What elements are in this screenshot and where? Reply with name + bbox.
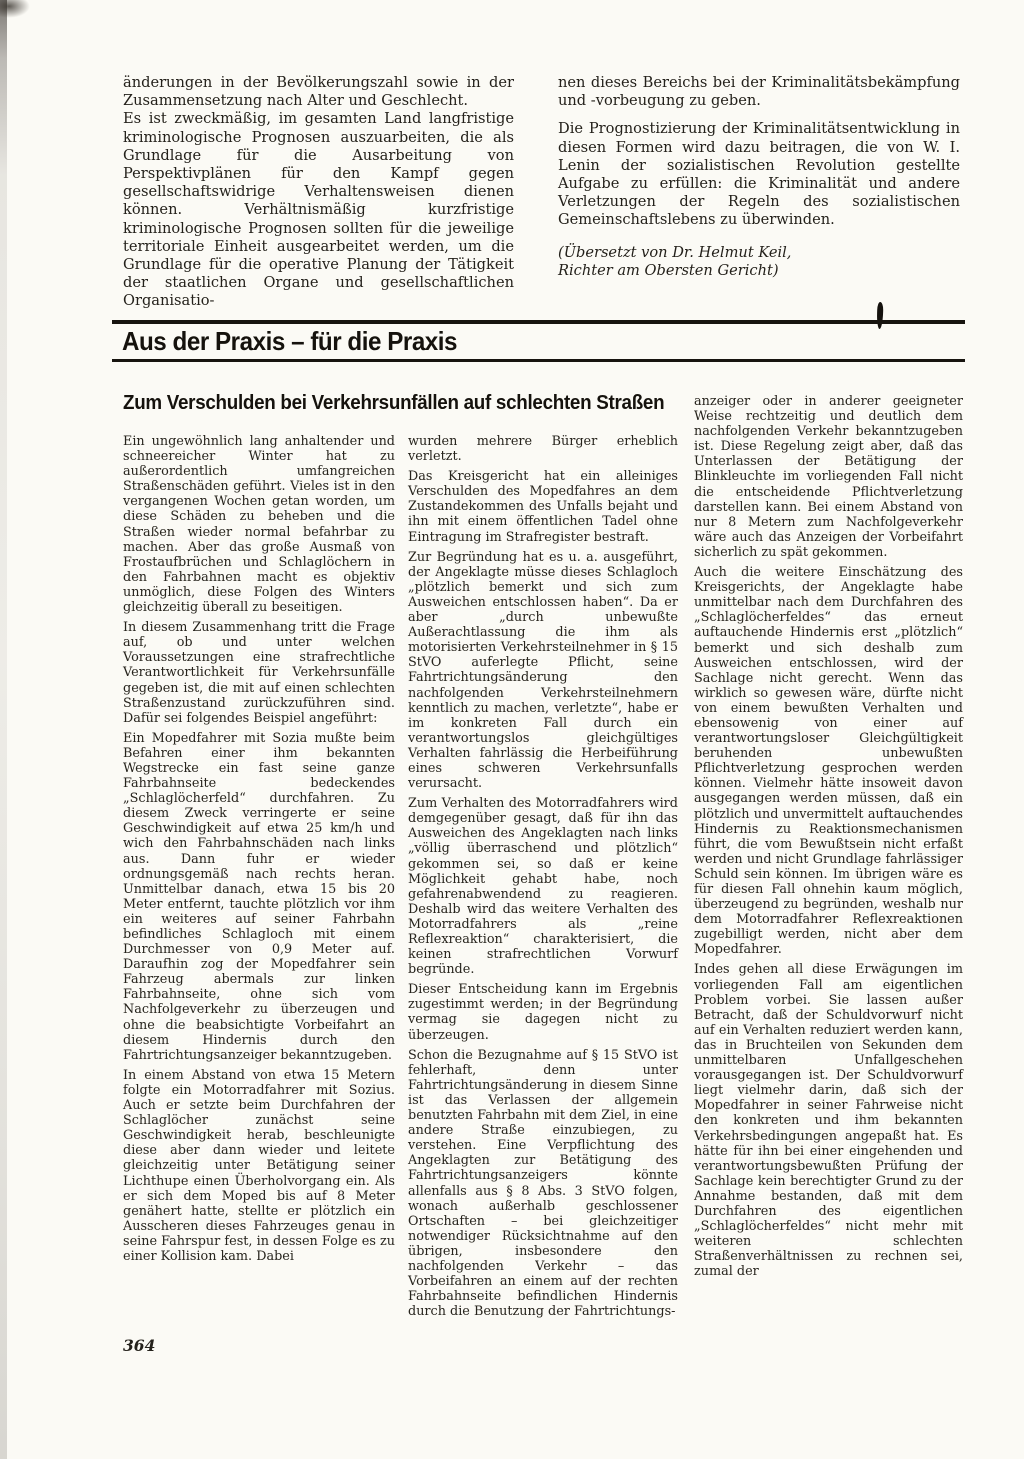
paragraph: Ein Mopedfahrer mit Sozia mußte beim Bef…: [123, 731, 395, 1063]
paragraph: nen dieses Bereichs bei der Kriminalität…: [558, 74, 960, 110]
paragraph: Dieser Entscheidung kann im Ergebnis zug…: [408, 982, 678, 1042]
paragraph: Die Prognostizierung der Kriminalitätsen…: [558, 120, 960, 229]
paragraph: wurden mehrere Bürger erheblich verletzt…: [408, 434, 678, 464]
paragraph: Schon die Bezugnahme auf § 15 StVO ist f…: [408, 1048, 678, 1320]
scan-edge-smudge: [0, 0, 7, 1459]
article-column-1: Ein ungewöhnlich lang anhaltender und sc…: [123, 434, 395, 1264]
page-number: 364: [123, 1336, 155, 1355]
section-banner-title: Aus der Praxis – für die Praxis: [122, 327, 906, 355]
article-title: Zum Verschulden bei Verkehrsunfällen auf…: [123, 392, 668, 415]
paragraph: Ein ungewöhnlich lang anhaltender und sc…: [123, 434, 395, 615]
paragraph: Auch die weitere Einschätzung des Kreisg…: [694, 565, 963, 957]
banner-top-rule: [112, 320, 965, 324]
paragraph: Indes gehen all diese Erwägungen im vorl…: [694, 962, 963, 1279]
journal-page-scan: änderungen in der Bevölkerungszahl sowie…: [0, 0, 1024, 1459]
translator-credit: (Übersetzt von Dr. Helmut Keil, Richter …: [558, 244, 960, 281]
banner-bottom-rule: [112, 359, 965, 362]
paragraph: Es ist zweckmäßig, im gesamten Land lang…: [123, 110, 514, 310]
paragraph: Das Kreisgericht hat ein alleiniges Vers…: [408, 469, 678, 544]
translator-credit-line: (Übersetzt von Dr. Helmut Keil,: [558, 244, 960, 263]
paragraph: Zur Begründung hat es u. a. ausgeführt, …: [408, 550, 678, 792]
paragraph: änderungen in der Bevölkerungszahl sowie…: [123, 74, 514, 110]
paragraph: In einem Abstand von etwa 15 Metern folg…: [123, 1068, 395, 1264]
paragraph: In diesem Zusammenhang tritt die Frage a…: [123, 620, 395, 726]
article-column-3: anzeiger oder in anderer geeigneter Weis…: [694, 394, 963, 1279]
section-banner: Aus der Praxis – für die Praxis: [112, 320, 965, 362]
paragraph: anzeiger oder in anderer geeigneter Weis…: [694, 394, 963, 560]
scan-corner-blob: [0, 0, 30, 18]
top-article-right-column: nen dieses Bereichs bei der Kriminalität…: [558, 74, 960, 281]
top-article-left-column: änderungen in der Bevölkerungszahl sowie…: [123, 74, 514, 311]
article-column-2: wurden mehrere Bürger erheblich verletzt…: [408, 434, 678, 1319]
paragraph: Zum Verhalten des Motorradfahrers wird d…: [408, 796, 678, 977]
translator-credit-line: Richter am Obersten Gericht): [558, 262, 960, 281]
